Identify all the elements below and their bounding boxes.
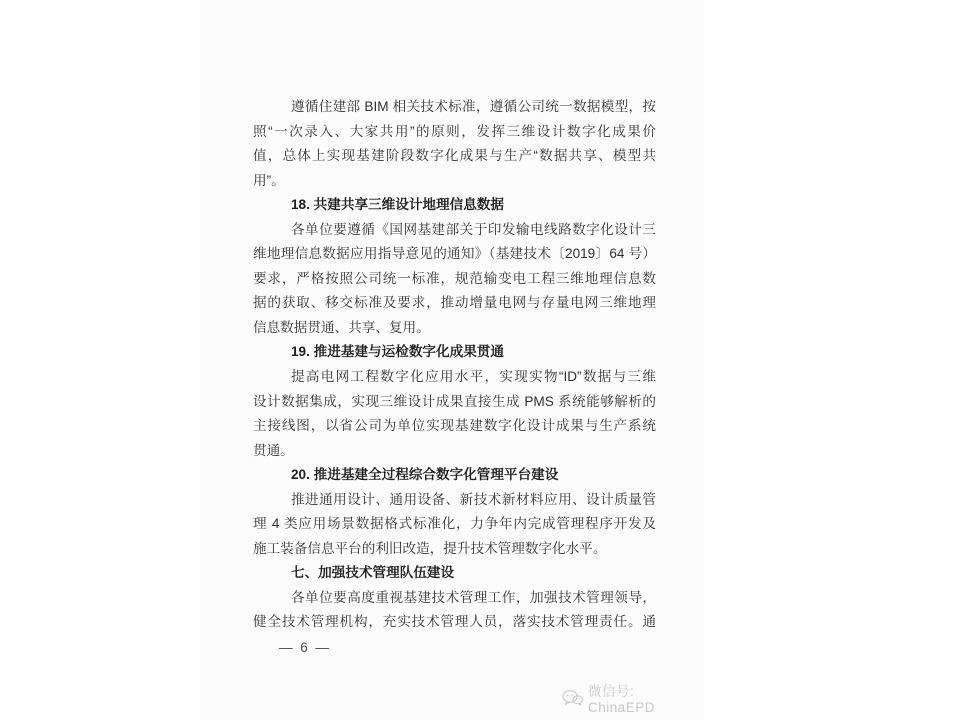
heading-line: 18. 共建共享三维设计地理信息数据	[253, 193, 656, 218]
watermark: 微信号: ChinaEPD	[562, 680, 703, 715]
page-canvas: 遵循住建部 BIM 相关技术标准，遵循公司统一数据模型，按照“一次录入、大家共用…	[0, 0, 960, 720]
heading-line: 20. 推进基建全过程综合数字化管理平台建设	[253, 463, 656, 488]
text-line: 值，总体上实现基建阶段数字化成果与生产“数据共享、模型共	[253, 144, 656, 169]
document-page: 遵循住建部 BIM 相关技术标准，遵循公司统一数据模型，按照“一次录入、大家共用…	[200, 0, 703, 720]
text-line: 用”。	[253, 169, 656, 194]
text-line: 推进通用设计、通用设备、新技术新材料应用、设计质量管	[253, 488, 656, 513]
text-line: 提高电网工程数字化应用水平，实现实物“ID”数据与三维	[253, 365, 656, 390]
text-line: 健全技术管理机构，充实技术管理人员，落实技术管理责任。通	[253, 610, 656, 635]
text-line: 信息数据贯通、共享、复用。	[253, 316, 656, 341]
text-line: 施工装备信息平台的利旧改造，提升技术管理数字化水平。	[253, 537, 656, 562]
text-line: 照“一次录入、大家共用”的原则，发挥三维设计数字化成果价	[253, 120, 656, 145]
text-line: 理 4 类应用场景数据格式标准化，力争年内完成管理程序开发及	[253, 512, 656, 537]
wechat-icon	[562, 690, 583, 706]
text-column: 遵循住建部 BIM 相关技术标准，遵循公司统一数据模型，按照“一次录入、大家共用…	[253, 95, 656, 635]
page-number: — 6 —	[279, 640, 331, 655]
text-line: 主接线图，以省公司为单位实现基建数字化设计成果与生产系统	[253, 414, 656, 439]
heading-line: 七、加强技术管理队伍建设	[253, 561, 656, 586]
text-line: 各单位要遵循《国网基建部关于印发输电线路数字化设计三	[253, 218, 656, 243]
text-line: 遵循住建部 BIM 相关技术标准，遵循公司统一数据模型，按	[253, 95, 656, 120]
text-line: 维地理信息数据应用指导意见的通知》（基建技术〔2019〕64 号）	[253, 242, 656, 267]
text-line: 据的获取、移交标准及要求，推动增量电网与存量电网三维地理	[253, 291, 656, 316]
text-line: 贯通。	[253, 439, 656, 464]
heading-line: 19. 推进基建与运检数字化成果贯通	[253, 340, 656, 365]
text-line: 要求，严格按照公司统一标准，规范输变电工程三维地理信息数	[253, 267, 656, 292]
text-line: 各单位要高度重视基建技术管理工作，加强技术管理领导，	[253, 586, 656, 611]
text-line: 设计数据集成，实现三维设计成果直接生成 PMS 系统能够解析的	[253, 390, 656, 415]
watermark-label: 微信号: ChinaEPD	[588, 680, 703, 715]
